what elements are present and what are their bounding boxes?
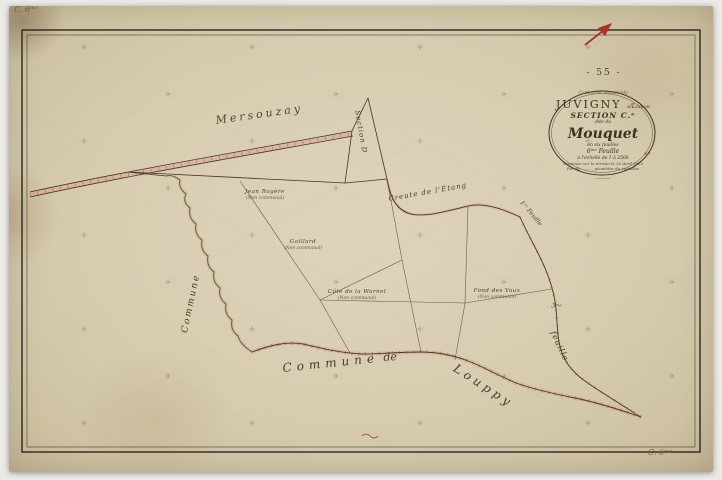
- commune-suffix: s/Loison: [627, 103, 650, 110]
- label-de: de: [383, 351, 397, 363]
- cartouche-canton: Canton de Montmédy: [543, 92, 663, 97]
- parcel-name: Gaillard: [255, 239, 351, 246]
- parcel-label: Jean Rogère (Non communal): [217, 189, 313, 202]
- parcel-label: Fond des Vaux (Non communal): [449, 288, 545, 301]
- folio-number: - 55 -: [572, 68, 636, 78]
- title-cartouche: Canton de Montmédy JUVIGNY s/Loison SECT…: [543, 92, 663, 180]
- cartouche-feuille-num: 6ᵐᵉ Feuille: [543, 149, 663, 155]
- parcel-label: Gaillard (Non communal): [255, 239, 351, 252]
- corner-mark-bottom-right: C. 6ᵐᵉ: [648, 448, 672, 457]
- parcel-name: Fond des Vaux: [449, 288, 545, 295]
- cartouche-section: SECTION C.ᵉ: [543, 112, 663, 120]
- cartouche-lieu-dit: Mouquet: [543, 127, 663, 142]
- parcel-name: Jean Rogère: [217, 189, 313, 196]
- parcel-label: Côte de la Warnel (Non communal): [309, 289, 405, 302]
- cartouche-flourish: ﹏﹏: [543, 173, 663, 180]
- cartouche-commune: JUVIGNY s/Loison: [543, 99, 663, 111]
- parcel-note: (Non communal): [255, 246, 351, 252]
- parcel-name: Côte de la Warnel: [309, 289, 405, 296]
- scanned-cadastral-map: C. 6ᵐᵉ C. 6ᵐᵉ - 55 - 48 Canton de Montmé…: [0, 0, 722, 480]
- parcel-note: (Non communal): [309, 296, 405, 302]
- parcel-note: (Non communal): [449, 295, 545, 301]
- corner-mark-top-left: C. 6ᵐᵉ: [14, 5, 38, 15]
- commune-name: JUVIGNY: [556, 98, 622, 111]
- parcel-note: (Non communal): [217, 196, 313, 202]
